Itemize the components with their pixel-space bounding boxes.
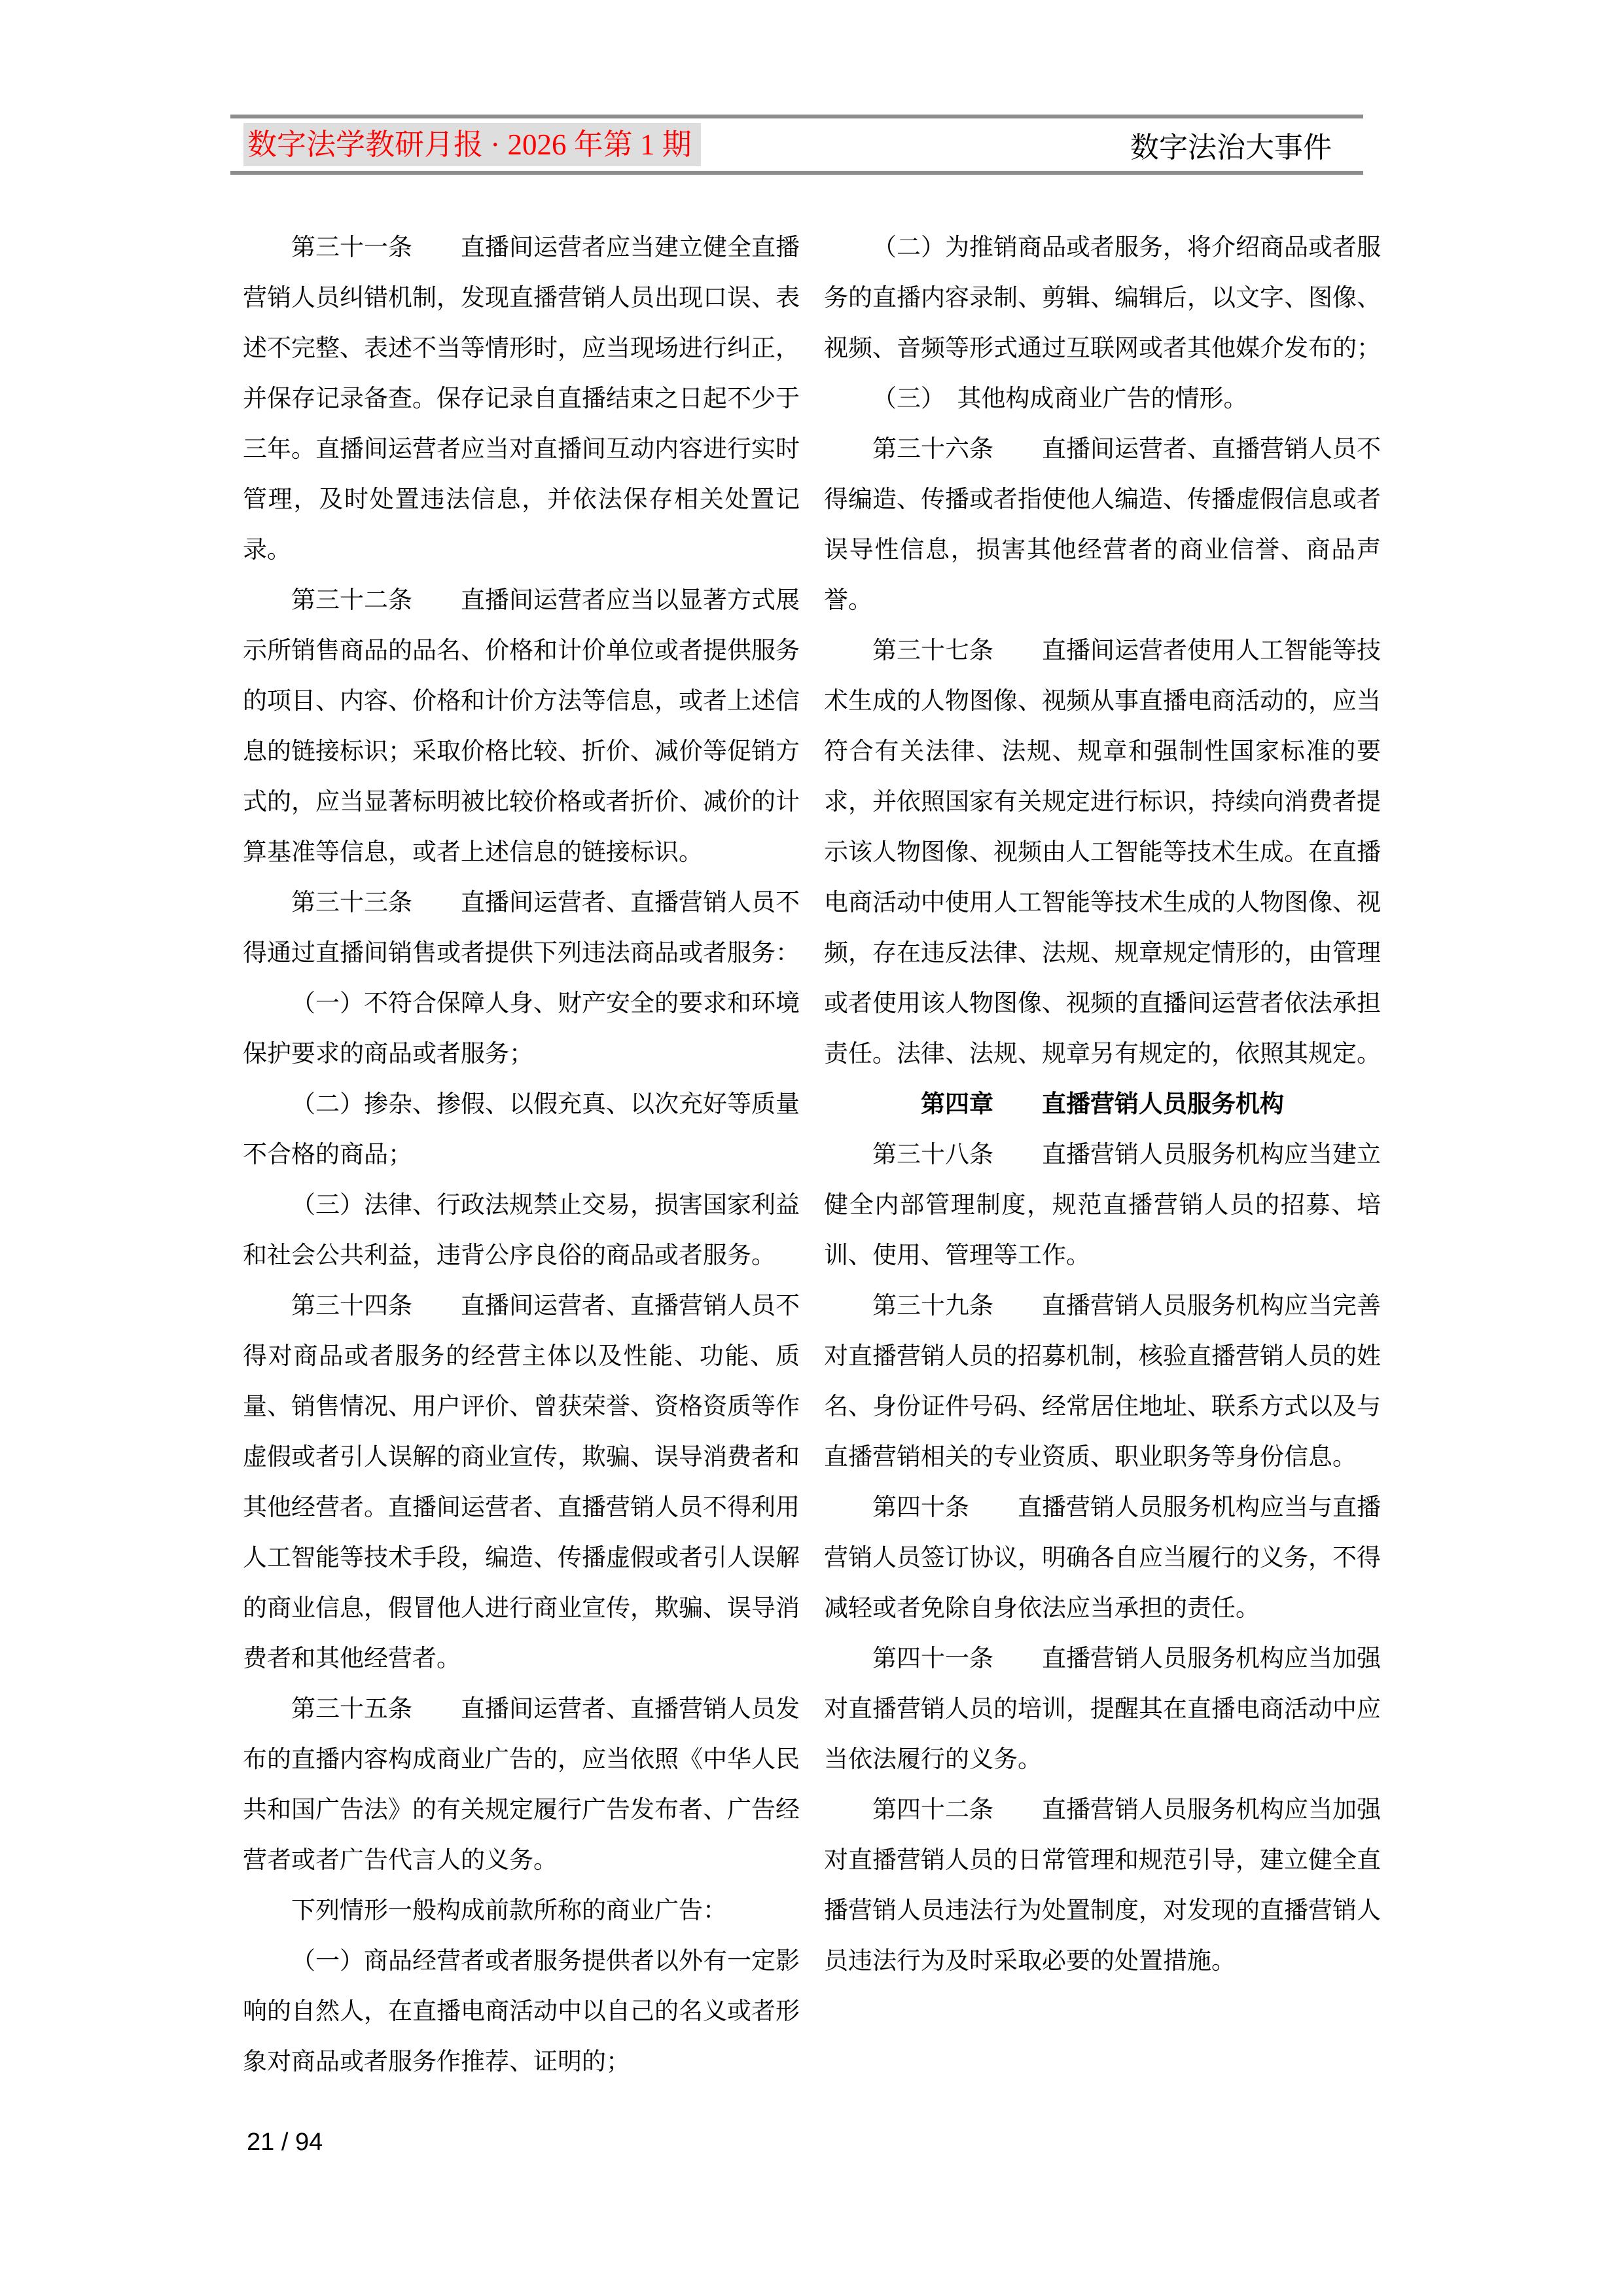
- paragraph: 第三十八条 直播营销人员服务机构应当建立健全内部管理制度，规范直播营销人员的招募…: [824, 1130, 1381, 1281]
- page-header: 数字法学教研月报 · 2026 年第 1 期 数字法治大事件: [230, 118, 1363, 171]
- section-title: 数字法治大事件: [1130, 124, 1332, 166]
- column-left: 第三十一条 直播间运营者应当建立健全直播营销人员纠错机制，发现直播营销人员出现口…: [243, 223, 800, 2087]
- chapter-heading: 第四章 直播营销人员服务机构: [824, 1079, 1381, 1130]
- paragraph: （一）不符合保障人身、财产安全的要求和环境保护要求的商品或者服务；: [243, 978, 800, 1079]
- page-number: 21 / 94: [247, 2128, 323, 2157]
- paragraph: （二）掺杂、掺假、以假充真、以次充好等质量不合格的商品；: [243, 1079, 800, 1180]
- journal-title: 数字法学教研月报 · 2026 年第 1 期: [243, 123, 701, 166]
- paragraph: （三） 其他构成商业广告的情形。: [824, 374, 1381, 424]
- document-page: 数字法学教研月报 · 2026 年第 1 期 数字法治大事件 第三十一条 直播间…: [0, 0, 1623, 2296]
- paragraph: 第三十一条 直播间运营者应当建立健全直播营销人员纠错机制，发现直播营销人员出现口…: [243, 223, 800, 575]
- column-right: （二）为推销商品或者服务，将介绍商品或者服务的直播内容录制、剪辑、编辑后，以文字…: [824, 223, 1381, 1986]
- paragraph: 下列情形一般构成前款所称的商业广告：: [243, 1886, 800, 1936]
- paragraph: 第三十六条 直播间运营者、直播营销人员不得编造、传播或者指使他人编造、传播虚假信…: [824, 424, 1381, 626]
- paragraph: （一）商品经营者或者服务提供者以外有一定影响的自然人，在直播电商活动中以自己的名…: [243, 1936, 800, 2087]
- paragraph: 第四十一条 直播营销人员服务机构应当加强对直播营销人员的培训，提醒其在直播电商活…: [824, 1634, 1381, 1785]
- paragraph: （二）为推销商品或者服务，将介绍商品或者服务的直播内容录制、剪辑、编辑后，以文字…: [824, 223, 1381, 374]
- header-rule-bottom: [230, 171, 1363, 175]
- paragraph: 第四十条 直播营销人员服务机构应当与直播营销人员签订协议，明确各自应当履行的义务…: [824, 1482, 1381, 1634]
- paragraph: 第三十四条 直播间运营者、直播营销人员不得对商品或者服务的经营主体以及性能、功能…: [243, 1281, 800, 1684]
- paragraph: 第三十九条 直播营销人员服务机构应当完善对直播营销人员的招募机制，核验直播营销人…: [824, 1281, 1381, 1482]
- paragraph: 第三十七条 直播间运营者使用人工智能等技术生成的人物图像、视频从事直播电商活动的…: [824, 626, 1381, 1079]
- paragraph: 第三十三条 直播间运营者、直播营销人员不得通过直播间销售或者提供下列违法商品或者…: [243, 878, 800, 978]
- paragraph: 第三十二条 直播间运营者应当以显著方式展示所销售商品的品名、价格和计价单位或者提…: [243, 575, 800, 878]
- paragraph: 第四十二条 直播营销人员服务机构应当加强对直播营销人员的日常管理和规范引导，建立…: [824, 1785, 1381, 1986]
- paragraph: 第三十五条 直播间运营者、直播营销人员发布的直播内容构成商业广告的，应当依照《中…: [243, 1684, 800, 1886]
- paragraph: （三）法律、行政法规禁止交易，损害国家利益和社会公共利益，违背公序良俗的商品或者…: [243, 1180, 800, 1281]
